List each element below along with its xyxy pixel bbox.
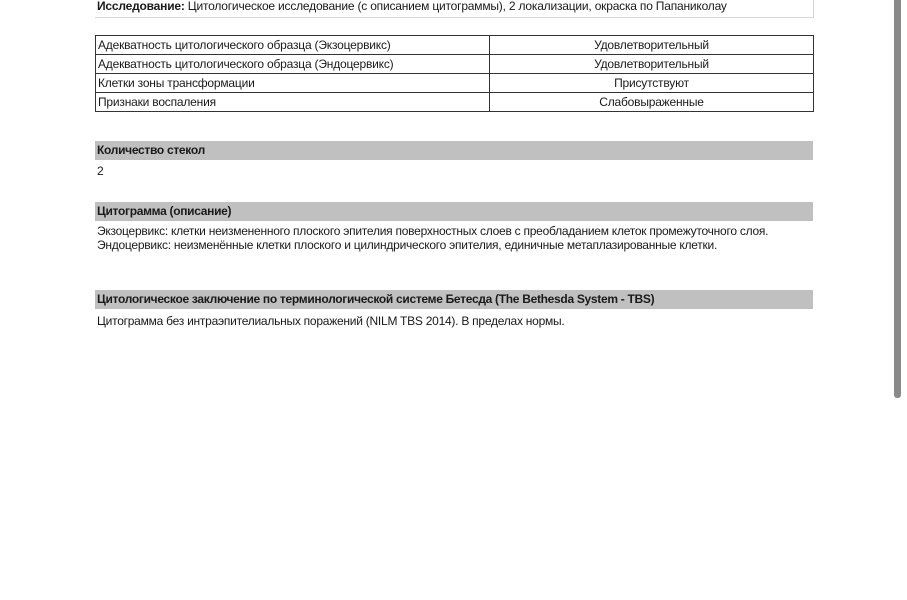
cytogram-exocervix: Экзоцервикс: клетки неизмененного плоско… bbox=[97, 224, 813, 238]
vertical-scrollbar[interactable] bbox=[894, 0, 901, 398]
conclusion-text: Цитограмма без интраэпителиальных пораже… bbox=[97, 314, 813, 328]
study-label: Исследование: bbox=[97, 0, 185, 13]
cytogram-endocervix: Эндоцервикс: неизменённые клетки плоског… bbox=[97, 238, 813, 252]
section-body-cytogram: Экзоцервикс: клетки неизмененного плоско… bbox=[97, 224, 813, 252]
param-name: Признаки воспаления bbox=[96, 93, 490, 112]
param-value: Удовлетворительный bbox=[490, 55, 814, 74]
section-header-slides-count: Количество стекол bbox=[95, 141, 813, 160]
param-name: Клетки зоны трансформации bbox=[96, 74, 490, 93]
param-value: Слабовыраженные bbox=[490, 93, 814, 112]
slides-count-value: 2 bbox=[97, 164, 813, 178]
params-table: Адекватность цитологического образца (Эк… bbox=[95, 35, 814, 112]
study-value: Цитологическое исследование (с описанием… bbox=[188, 0, 727, 13]
section-body-conclusion: Цитограмма без интраэпителиальных пораже… bbox=[97, 314, 813, 328]
param-value: Удовлетворительный bbox=[490, 36, 814, 55]
param-name: Адекватность цитологического образца (Эк… bbox=[96, 36, 490, 55]
section-header-cytogram: Цитограмма (описание) bbox=[95, 202, 813, 221]
table-row: Адекватность цитологического образца (Эн… bbox=[96, 55, 814, 74]
param-name: Адекватность цитологического образца (Эн… bbox=[96, 55, 490, 74]
section-header-conclusion: Цитологическое заключение по терминологи… bbox=[95, 290, 813, 309]
study-line: Исследование: Цитологическое исследовани… bbox=[95, 0, 814, 18]
table-row: Адекватность цитологического образца (Эк… bbox=[96, 36, 814, 55]
table-row: Признаки воспаления Слабовыраженные bbox=[96, 93, 814, 112]
param-value: Присутствуют bbox=[490, 74, 814, 93]
table-row: Клетки зоны трансформации Присутствуют bbox=[96, 74, 814, 93]
section-body-slides-count: 2 bbox=[97, 164, 813, 178]
